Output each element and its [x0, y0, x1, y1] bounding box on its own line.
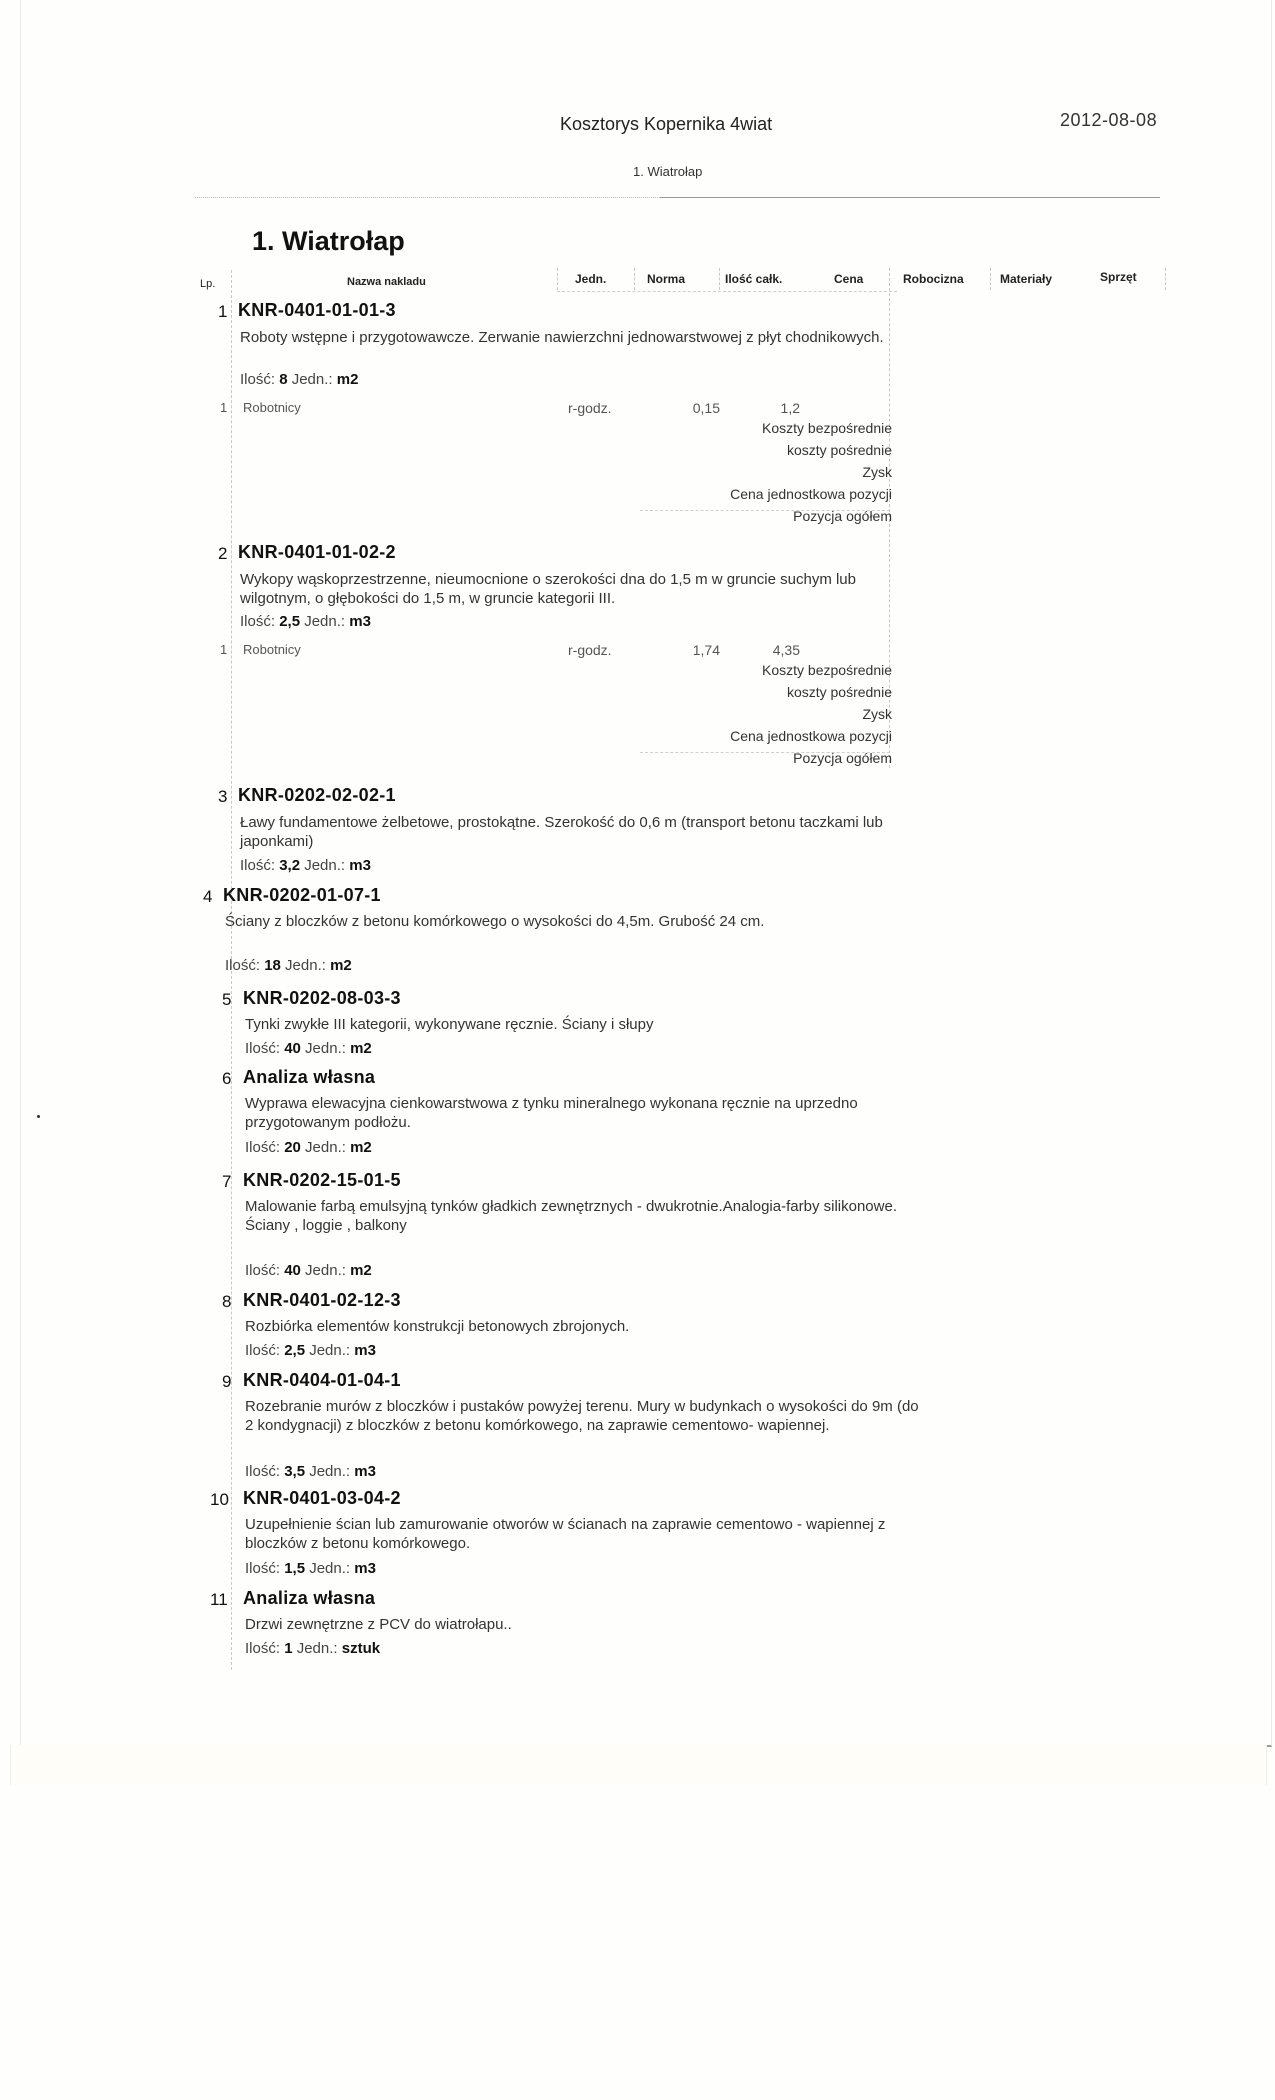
qty-label: Ilość: [245, 1640, 284, 1657]
unit-label: Jedn.: [301, 1139, 350, 1156]
item-description: Drzwi zewnętrzne z PCV do wiatrołapu.. [245, 1615, 925, 1634]
item-code: Analiza własna [243, 1067, 375, 1088]
section-title: 1. Wiatrołap [252, 226, 405, 257]
item-quantity: Ilość: 20 Jedn.: m2 [245, 1139, 372, 1156]
unit-value: m2 [330, 957, 352, 974]
unit-label: Jedn.: [301, 1040, 350, 1057]
item-description: Roboty wstępne i przygotowawcze. Zerwani… [240, 328, 920, 347]
col-name: Nazwa nakladu [347, 276, 426, 288]
item-number: 9 [222, 1372, 231, 1392]
unit-label: Jedn.: [305, 1463, 354, 1480]
item-description: Ławy fundamentowe żelbetowe, prostokątne… [240, 813, 920, 851]
unit-value: m3 [349, 613, 371, 630]
resource-unit: r-godz. [568, 400, 612, 416]
col-sep [1165, 268, 1166, 290]
qty-value: 3,2 [279, 857, 300, 874]
item-number: 1 [218, 302, 227, 322]
unit-value: m2 [350, 1040, 372, 1057]
item-quantity: Ilość: 2,5 Jedn.: m3 [245, 1342, 376, 1359]
qty-label: Ilość: [245, 1262, 284, 1279]
document-title: Kosztorys Kopernika 4wiat [560, 114, 772, 135]
document-date: 2012-08-08 [1060, 110, 1157, 131]
item-description: Rozbiórka elementów konstrukcji betonowy… [245, 1317, 925, 1336]
item-number: 8 [222, 1292, 231, 1312]
col-sep [990, 268, 991, 290]
scan-edge [10, 1745, 1267, 1785]
resource-name: Robotnicy [243, 642, 301, 657]
summary-label: Zysk [862, 706, 892, 722]
unit-value: sztuk [342, 1640, 380, 1657]
summary-label: Cena jednostkowa pozycji [730, 486, 892, 502]
summary-label: koszty pośrednie [787, 684, 892, 700]
col-equipment: Sprzęt [1100, 270, 1137, 284]
unit-label: Jedn.: [281, 957, 330, 974]
qty-label: Ilość: [245, 1342, 284, 1359]
unit-label: Jedn.: [288, 371, 337, 388]
unit-value: m3 [354, 1463, 376, 1480]
item-description: Wykopy wąskoprzestrzenne, nieumocnione o… [240, 570, 920, 608]
summary-label: koszty pośrednie [787, 442, 892, 458]
item-number: 2 [218, 544, 227, 564]
col-sep [557, 268, 558, 290]
col-qty-total: Ilość całk. [725, 272, 782, 286]
qty-value: 18 [264, 957, 281, 974]
item-number: 3 [218, 787, 227, 807]
item-code: KNR-0401-02-12-3 [243, 1290, 401, 1311]
head-underline [557, 291, 897, 292]
document-subtitle: 1. Wiatrołap [633, 164, 702, 179]
summary-divider [640, 510, 890, 511]
qty-label: Ilość: [245, 1560, 284, 1577]
resource-number: 1 [220, 400, 227, 415]
item-quantity: Ilość: 18 Jedn.: m2 [225, 957, 352, 974]
unit-label: Jedn.: [293, 1640, 342, 1657]
item-number: 7 [222, 1172, 231, 1192]
resource-name: Robotnicy [243, 400, 301, 415]
item-number: 6 [222, 1069, 231, 1089]
qty-label: Ilość: [240, 857, 279, 874]
item-code: KNR-0401-01-02-2 [238, 542, 396, 563]
unit-value: m2 [350, 1139, 372, 1156]
item-description: Malowanie farbą emulsyjną tynków gładkic… [245, 1197, 925, 1235]
item-quantity: Ilość: 8 Jedn.: m2 [240, 371, 358, 388]
qty-value: 1 [284, 1640, 292, 1657]
resource-norm: 0,15 [660, 400, 720, 416]
item-quantity: Ilość: 1,5 Jedn.: m3 [245, 1560, 376, 1577]
item-code: KNR-0202-02-02-1 [238, 785, 396, 806]
item-number: 10 [210, 1490, 229, 1510]
summary-label: Koszty bezpośrednie [762, 420, 892, 436]
item-code: KNR-0202-15-01-5 [243, 1170, 401, 1191]
qty-label: Ilość: [240, 613, 279, 630]
item-code: Analiza własna [243, 1588, 375, 1609]
item-quantity: Ilość: 2,5 Jedn.: m3 [240, 613, 371, 630]
unit-label: Jedn.: [305, 1560, 354, 1577]
scan-speck [37, 1115, 40, 1118]
resource-qty-total: 1,2 [740, 400, 800, 416]
col-sep [634, 268, 635, 290]
item-number: 11 [210, 1590, 228, 1610]
item-description: Ściany z bloczków z betonu komórkowego o… [225, 912, 905, 931]
qty-label: Ilość: [225, 957, 264, 974]
item-description: Wyprawa elewacyjna cienkowarstwowa z tyn… [245, 1094, 925, 1132]
item-code: KNR-0202-01-07-1 [223, 885, 381, 906]
resource-number: 1 [220, 642, 227, 657]
qty-label: Ilość: [240, 371, 279, 388]
col-unit: Jedn. [575, 272, 606, 286]
qty-value: 20 [284, 1139, 301, 1156]
item-description: Uzupełnienie ścian lub zamurowanie otwor… [245, 1515, 925, 1553]
qty-label: Ilość: [245, 1139, 284, 1156]
qty-value: 40 [284, 1040, 301, 1057]
unit-value: m2 [337, 371, 359, 388]
item-description: Rozebranie murów z bloczków i pustaków p… [245, 1397, 925, 1435]
unit-label: Jedn.: [305, 1342, 354, 1359]
item-description: Tynki zwykłe III kategorii, wykonywane r… [245, 1015, 925, 1034]
header-rule-solid [660, 197, 1160, 198]
scanned-page [20, 0, 1272, 1747]
unit-label: Jedn.: [300, 857, 349, 874]
unit-value: m2 [350, 1262, 372, 1279]
qty-value: 8 [279, 371, 287, 388]
item-code: KNR-0404-01-04-1 [243, 1370, 401, 1391]
qty-value: 40 [284, 1262, 301, 1279]
col-lp: Lp. [200, 278, 215, 290]
item-quantity: Ilość: 1 Jedn.: sztuk [245, 1640, 380, 1657]
qty-label: Ilość: [245, 1040, 284, 1057]
item-number: 4 [203, 887, 212, 907]
col-labor: Robocizna [903, 272, 964, 286]
unit-label: Jedn.: [300, 613, 349, 630]
summary-label: Koszty bezpośrednie [762, 662, 892, 678]
resource-norm: 1,74 [660, 642, 720, 658]
summary-divider [640, 752, 890, 753]
item-quantity: Ilość: 40 Jedn.: m2 [245, 1262, 372, 1279]
item-code: KNR-0401-03-04-2 [243, 1488, 401, 1509]
qty-label: Ilość: [245, 1463, 284, 1480]
item-code: KNR-0202-08-03-3 [243, 988, 401, 1009]
item-quantity: Ilość: 40 Jedn.: m2 [245, 1040, 372, 1057]
qty-value: 2,5 [279, 613, 300, 630]
summary-label: Zysk [862, 464, 892, 480]
item-quantity: Ilość: 3,5 Jedn.: m3 [245, 1463, 376, 1480]
item-number: 5 [222, 990, 231, 1010]
col-sep [719, 268, 720, 290]
item-quantity: Ilość: 3,2 Jedn.: m3 [240, 857, 371, 874]
item-code: KNR-0401-01-01-3 [238, 300, 396, 321]
unit-label: Jedn.: [301, 1262, 350, 1279]
resource-unit: r-godz. [568, 642, 612, 658]
col-materials: Materiały [1000, 272, 1052, 286]
resource-qty-total: 4,35 [740, 642, 800, 658]
col-price: Cena [834, 272, 863, 286]
summary-label: Cena jednostkowa pozycji [730, 728, 892, 744]
qty-value: 2,5 [284, 1342, 305, 1359]
unit-value: m3 [349, 857, 371, 874]
qty-value: 3,5 [284, 1463, 305, 1480]
col-norm: Norma [647, 272, 685, 286]
qty-value: 1,5 [284, 1560, 305, 1577]
unit-value: m3 [354, 1342, 376, 1359]
unit-value: m3 [354, 1560, 376, 1577]
